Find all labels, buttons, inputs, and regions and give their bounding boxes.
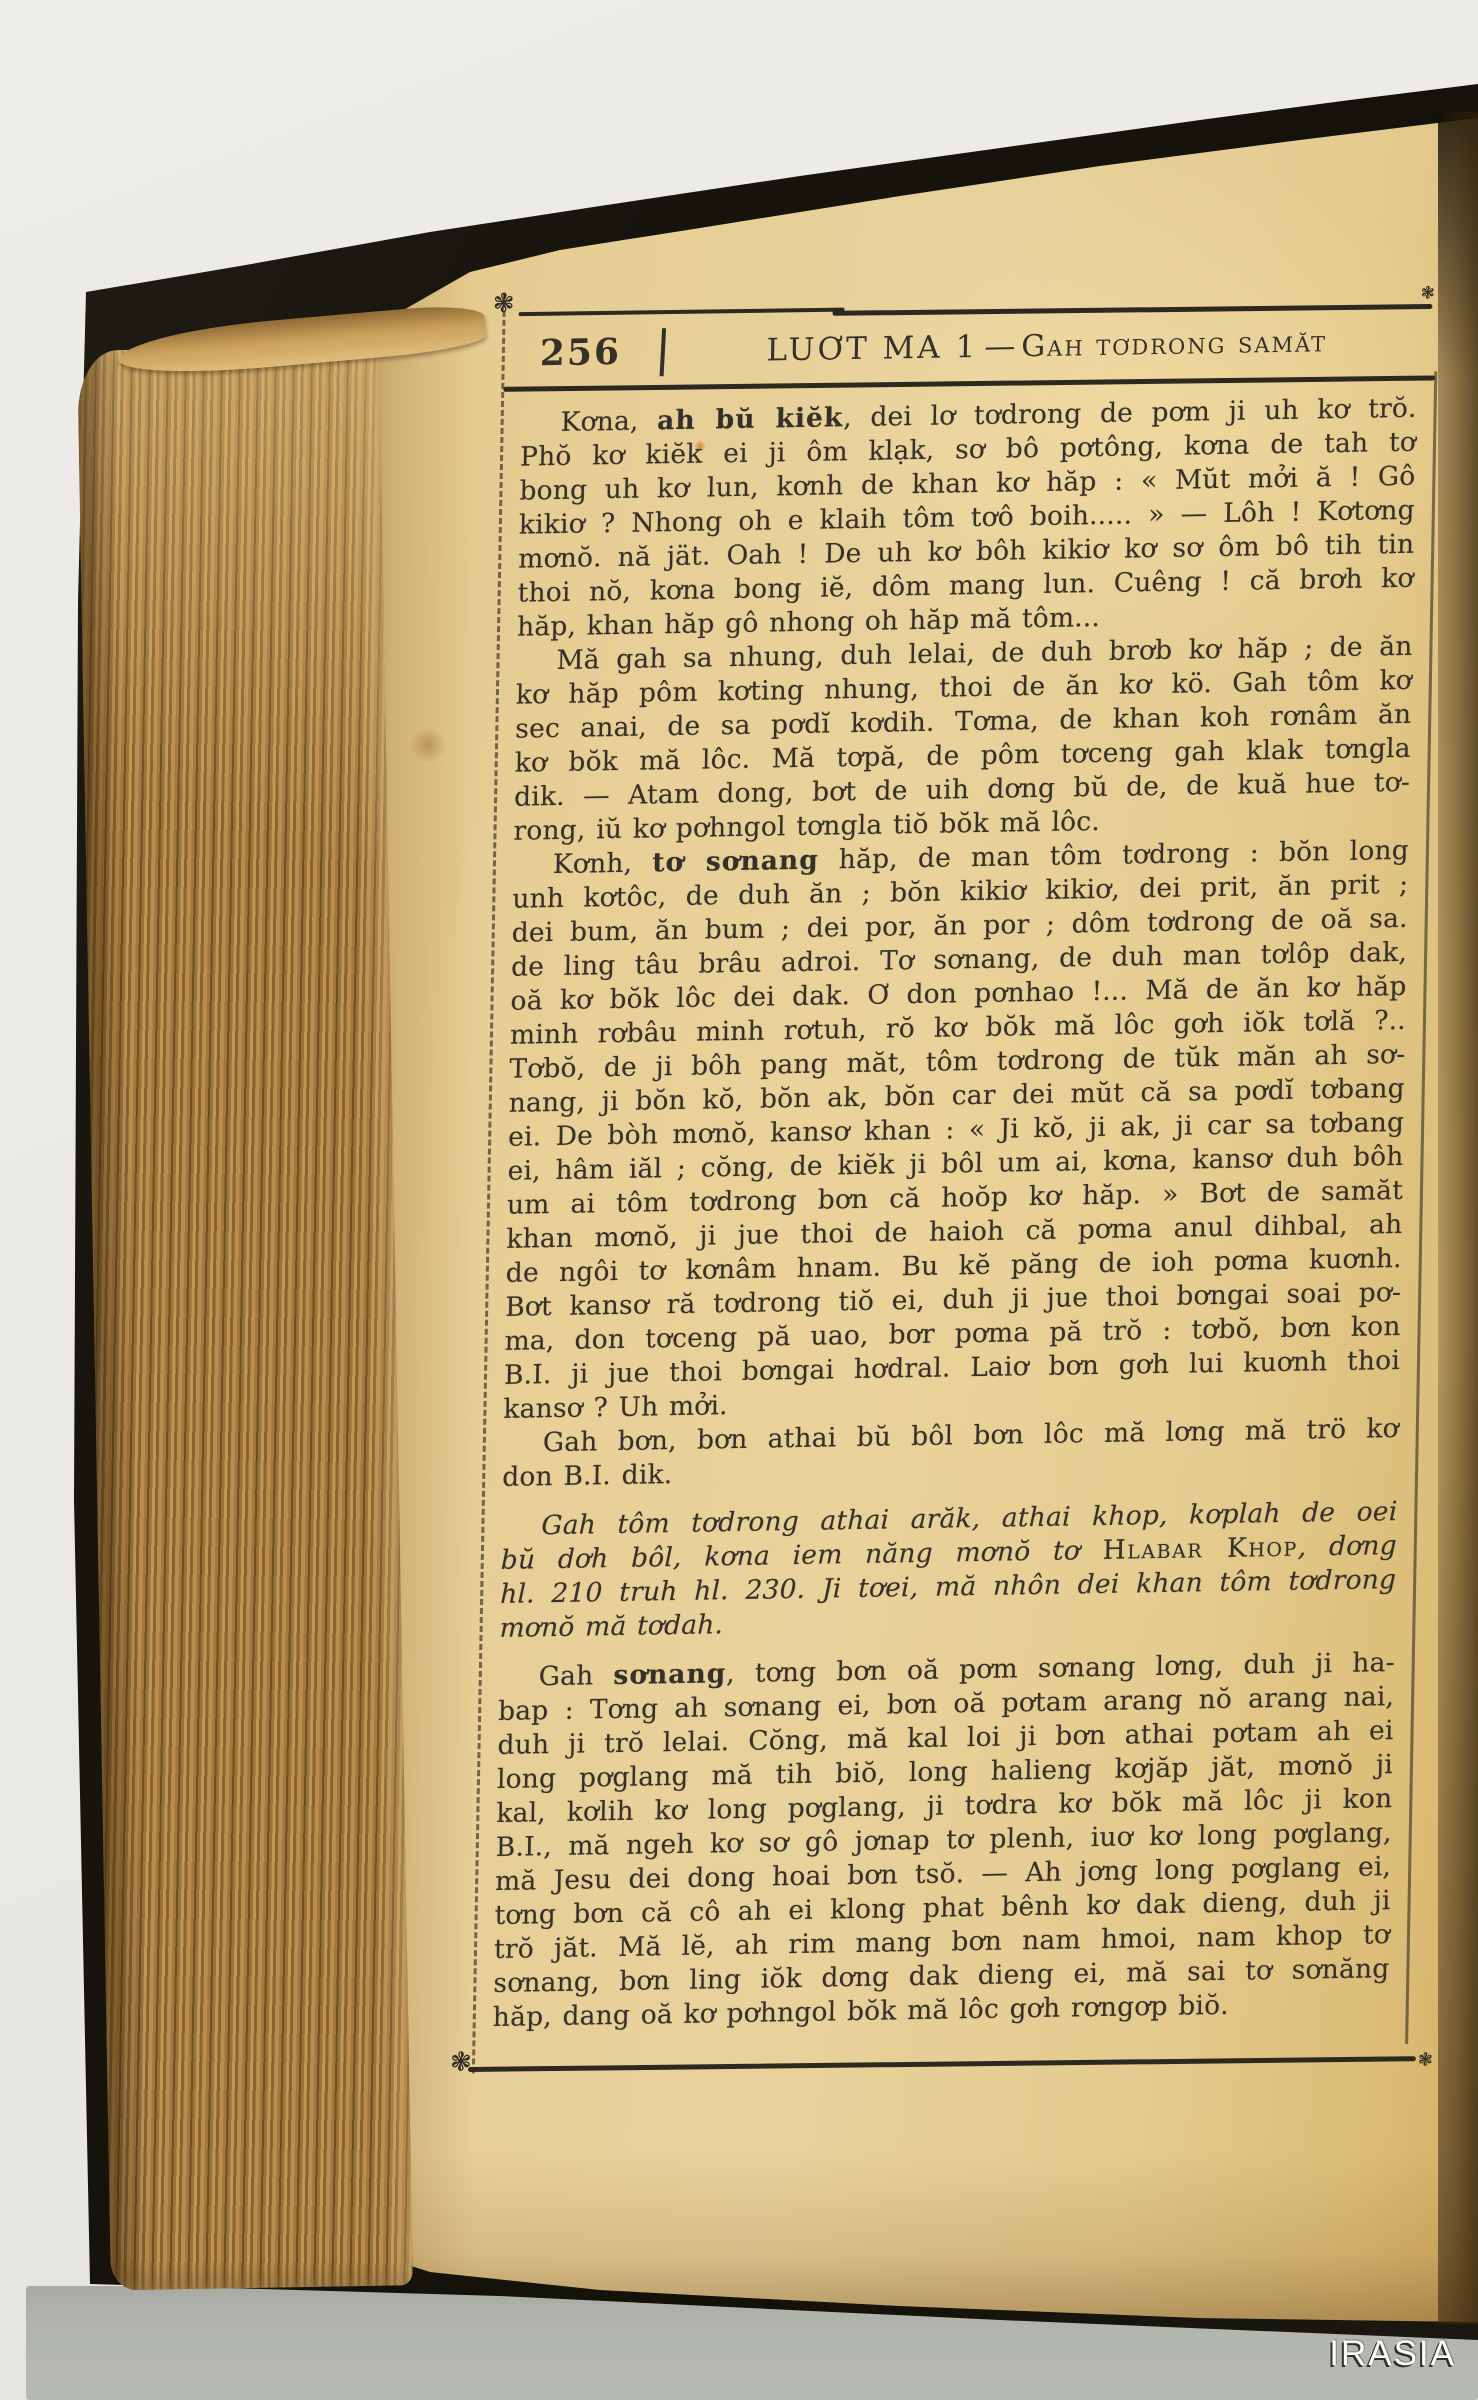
watermark-label: IRASIA: [0, 2334, 1456, 2374]
running-title-main: LUƠT MA 1: [766, 329, 978, 369]
paragraph: Gah bơn, bơn athai bŭ bôl bơn lôc mă lơn…: [502, 1412, 1399, 1495]
paragraph: Kơnh, tơ sơnang hăp, de man tôm tơdrong …: [503, 834, 1409, 1427]
text-block: ❃ ❃ 256 LUƠT MA 1—Gah tơdrong samăt Kơna…: [403, 273, 1447, 2100]
top-rule: [519, 308, 845, 317]
body-text: Kơna, ah bŭ kiĕk, dei lơ tơdrong de pơm …: [493, 392, 1417, 2035]
running-title-sub: Gah tơdrong samăt: [1021, 324, 1327, 364]
top-rule: [832, 304, 1432, 316]
paragraph: Kơna, ah bŭ kiĕk, dei lơ tơdrong de pơm …: [517, 392, 1417, 645]
header-rule: [503, 375, 1435, 391]
paragraph: Mă gah sa nhung, duh lelai, de duh brơb …: [513, 630, 1413, 849]
flower-ornament-icon: ❃: [493, 291, 515, 317]
flower-ornament-icon: ❃: [1420, 285, 1435, 302]
paragraph: Gah tôm tơdrong athai arăk, athai khop, …: [499, 1495, 1397, 1646]
running-title-dash: —: [978, 328, 1022, 365]
flower-ornament-icon: ❃: [1418, 2051, 1433, 2069]
page-number: 256: [539, 331, 621, 374]
paragraph: Gah sơnang, tơng bơn oă pơm sơnang lơng,…: [493, 1646, 1396, 2035]
header-separator: [660, 328, 667, 376]
bottom-rule: [468, 2056, 1416, 2072]
page-edges-stack: [77, 346, 413, 2291]
running-title: LUƠT MA 1—Gah tơdrong samăt: [674, 322, 1421, 370]
flower-ornament-icon: ❃: [450, 2049, 472, 2075]
